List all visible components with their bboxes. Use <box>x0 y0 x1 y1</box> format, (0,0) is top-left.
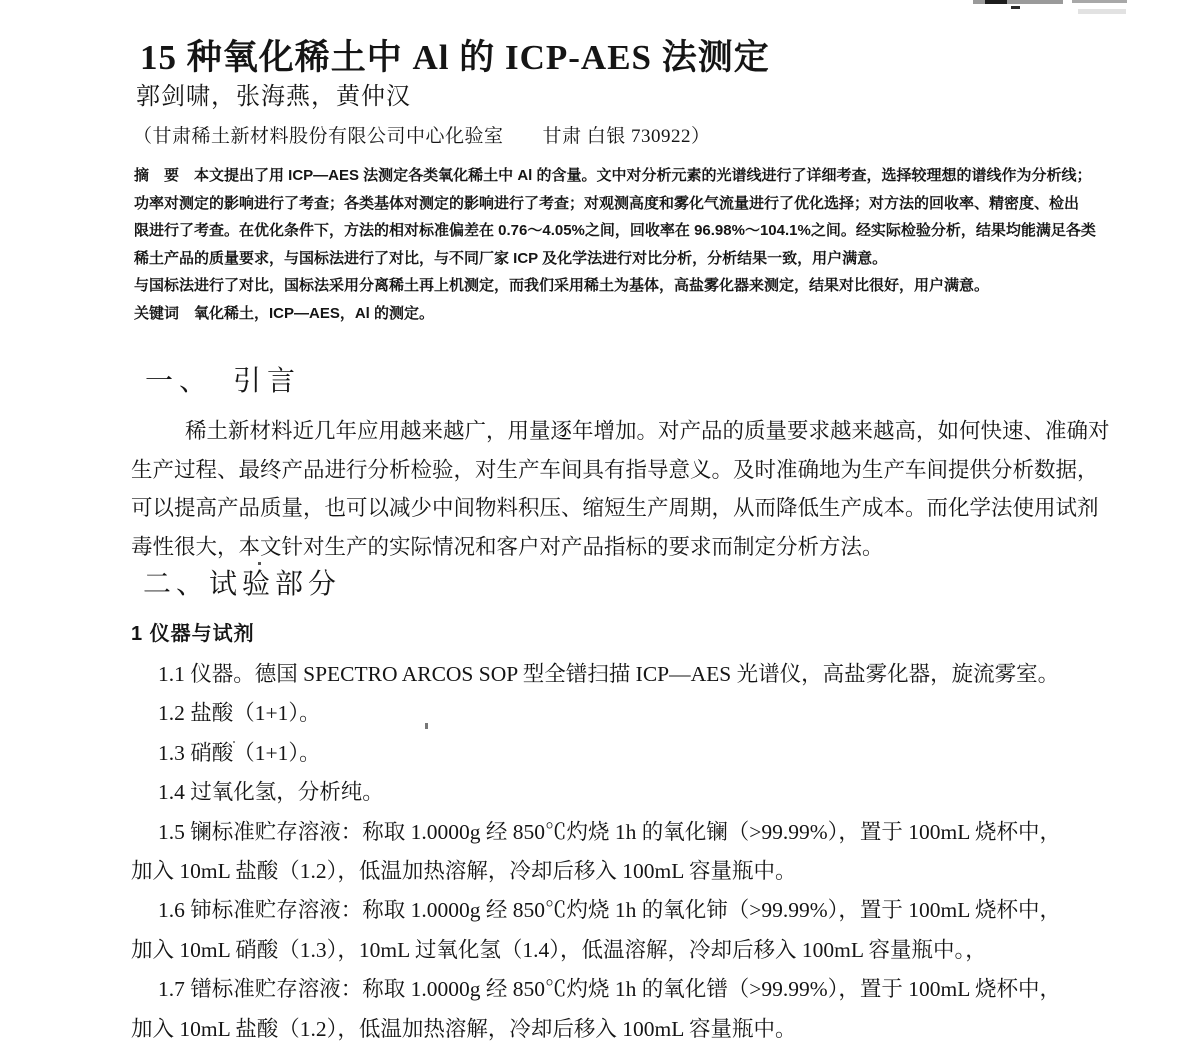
paragraph-line: 毒性很大，本文针对生产的实际情况和客户对产品指标的要求而制定分析方法。 <box>131 528 1131 567</box>
scan-artifact-bar-dark <box>985 0 1007 4</box>
scanned-paper-page: 15 种氧化稀土中 Al 的 ICP-AES 法测定 郭剑啸，张海燕，黄仲汉 （… <box>0 0 1200 1052</box>
list-item: 1.5 镧标准贮存溶液：称取 1.0000g 经 850℃灼烧 1h 的氧化镧（… <box>131 813 1141 852</box>
scan-artifact-bar <box>1072 0 1127 3</box>
list-item-continuation: 加入 10mL 盐酸（1.2），低温加热溶解，冷却后移入 100mL 容量瓶中。 <box>131 1010 1141 1049</box>
list-item: 1.1 仪器。德国 SPECTRO ARCOS SOP 型全镨扫描 ICP—AE… <box>131 655 1141 694</box>
list-item: 1.3 硝酸（1+1）。 <box>131 734 1141 773</box>
section-heading-experimental: 二、试验部分 <box>143 562 341 602</box>
abstract-block: 摘 要 本文提出了用 ICP—AES 法测定各类氧化稀土中 Al 的含量。文中对… <box>134 162 1124 327</box>
keywords-line: 关键词 氧化稀土，ICP—AES，Al 的测定。 <box>134 300 1124 328</box>
list-item: 1.6 铈标准贮存溶液：称取 1.0000g 经 850℃灼烧 1h 的氧化铈（… <box>131 891 1141 930</box>
scan-artifact-dash <box>1011 6 1020 9</box>
paper-affiliation: （甘肃稀土新材料股份有限公司中心化验室 甘肃 白银 730922） <box>133 121 711 148</box>
paragraph-line: 生产过程、最终产品进行分析检验，对生产车间具有指导意义。及时准确地为生产车间提供… <box>131 451 1131 490</box>
subsection-heading-instruments-reagents: 1 仪器与试剂 <box>131 617 255 646</box>
paper-authors: 郭剑啸，张海燕，黄仲汉 <box>136 76 411 111</box>
abstract-line: 限进行了考查。在优化条件下，方法的相对标准偏差在 0.76～4.05%之间，回收… <box>134 217 1124 245</box>
list-item: 1.4 过氧化氢，分析纯。 <box>131 773 1141 812</box>
list-item-continuation: 加入 10mL 硝酸（1.3），10mL 过氧化氢（1.4），低温溶解，冷却后移… <box>131 931 1141 970</box>
paper-title: 15 种氧化稀土中 Al 的 ICP-AES 法测定 <box>140 36 770 80</box>
paragraph-line: 可以提高产品质量，也可以减少中间物料积压、缩短生产周期，从而降低生产成本。而化学… <box>131 489 1131 528</box>
introduction-paragraph: 稀土新材料近几年应用越来越广，用量逐年增加。对产品的质量要求越来越高，如何快速、… <box>131 412 1131 566</box>
list-item: 1.7 镨标准贮存溶液：称取 1.0000g 经 850℃灼烧 1h 的氧化镨（… <box>131 970 1141 1009</box>
abstract-line: 与国标法进行了对比，国标法采用分离稀土再上机测定，而我们采用稀土为基体，高盐雾化… <box>134 272 1124 300</box>
paragraph-line: 稀土新材料近几年应用越来越广，用量逐年增加。对产品的质量要求越来越高，如何快速、… <box>131 412 1131 451</box>
list-item-continuation: 加入 10mL 盐酸（1.2），低温加热溶解，冷却后移入 100mL 容量瓶中。 <box>131 852 1141 891</box>
abstract-line: 摘 要 本文提出了用 ICP—AES 法测定各类氧化稀土中 Al 的含量。文中对… <box>134 162 1124 190</box>
abstract-line: 功率对测定的影响进行了考查；各类基体对测定的影响进行了考查；对观测高度和雾化气流… <box>134 190 1124 218</box>
abstract-line: 稀土产品的质量要求，与国标法进行了对比，与不同厂家 ICP 及化学法进行对比分析… <box>134 245 1124 273</box>
list-item: 1.2 盐酸（1+1）。 <box>131 694 1141 733</box>
instruments-reagents-list: 1.1 仪器。德国 SPECTRO ARCOS SOP 型全镨扫描 ICP—AE… <box>131 655 1141 1049</box>
section-heading-introduction: 一、 引言 <box>145 359 301 399</box>
scan-artifact-bar <box>1078 9 1126 14</box>
